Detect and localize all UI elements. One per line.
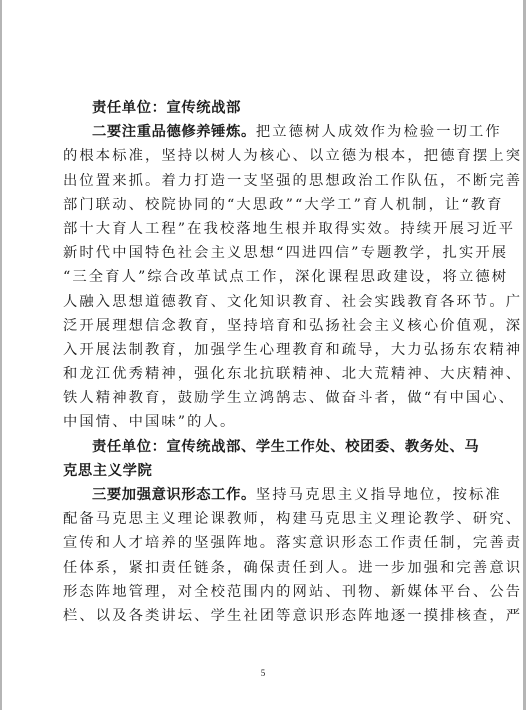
paragraph-line: “三全育人”综合改革试点工作，深化课程思政建设，将立德树 <box>63 265 459 289</box>
paragraph-line: 入开展法制教育，加强学生心理教育和疏导，大力弘扬东农精神 <box>63 338 459 362</box>
page-border-left <box>0 0 2 710</box>
responsible-unit-2-cont: 克思主义学院 <box>63 459 459 483</box>
paragraph-line: 二要注重品德修养锤炼。把立德树人成效作为检验一切工作 <box>63 120 459 144</box>
paragraph-line: 的根本标准，坚持以树人为核心、以立德为根本，把德育摆上突 <box>63 144 459 168</box>
paragraph-line: 形态阵地管理，对全校范围内的网站、刊物、新媒体平台、公告 <box>63 580 459 604</box>
paragraph-line: 出位置来抓。着力打造一支坚强的思想政治工作队伍，不断完善 <box>63 169 459 193</box>
paragraph-line: 和龙江优秀精神，强化东北抗联精神、北大荒精神、大庆精神、 <box>63 362 459 386</box>
paragraph-heading-3: 三要加强意识形态工作。 <box>92 487 256 503</box>
paragraph-line: 配备马克思主义理论课教师，构建马克思主义理论教学、研究、 <box>63 507 459 531</box>
responsible-unit-2: 责任单位：宣传统战部、学生工作处、校团委、教务处、马 <box>63 435 459 459</box>
paragraph-line: 任体系，紧扣责任链条，确保责任到人。进一步加强和完善意识 <box>63 556 459 580</box>
document-page: 责任单位：宣传统战部 二要注重品德修养锤炼。把立德树人成效作为检验一切工作 的根… <box>63 96 459 628</box>
responsible-unit-1: 责任单位：宣传统战部 <box>63 96 459 120</box>
paragraph-line: 栏、以及各类讲坛、学生社团等意识形态阵地逐一摸排核查，严 <box>63 604 459 628</box>
page-number: 5 <box>0 668 526 678</box>
paragraph-line: 中国情、中国味”的人。 <box>63 410 459 434</box>
paragraph-line: 新时代中国特色社会主义思想“四进四信”专题教学，扎实开展 <box>63 241 459 265</box>
paragraph-line: 铁人精神教育，鼓励学生立鸿鹄志、做奋斗者，做“有中国心、 <box>63 386 459 410</box>
paragraph-line: 人融入思想道德教育、文化知识教育、社会实践教育各环节。广 <box>63 290 459 314</box>
paragraph-line: 部门联动、校院协同的“大思政”“大学工”育人机制，让“教育 <box>63 193 459 217</box>
paragraph-line: 部十大育人工程”在我校落地生根并取得实效。持续开展习近平 <box>63 217 459 241</box>
paragraph-heading-2: 二要注重品德修养锤炼。 <box>92 124 256 140</box>
paragraph-line: 三要加强意识形态工作。坚持马克思主义指导地位，按标准 <box>63 483 459 507</box>
paragraph-line: 泛开展理想信念教育，坚持培育和弘扬社会主义核心价值观，深 <box>63 314 459 338</box>
paragraph-line: 宣传和人才培养的坚强阵地。落实意识形态工作责任制，完善责 <box>63 531 459 555</box>
